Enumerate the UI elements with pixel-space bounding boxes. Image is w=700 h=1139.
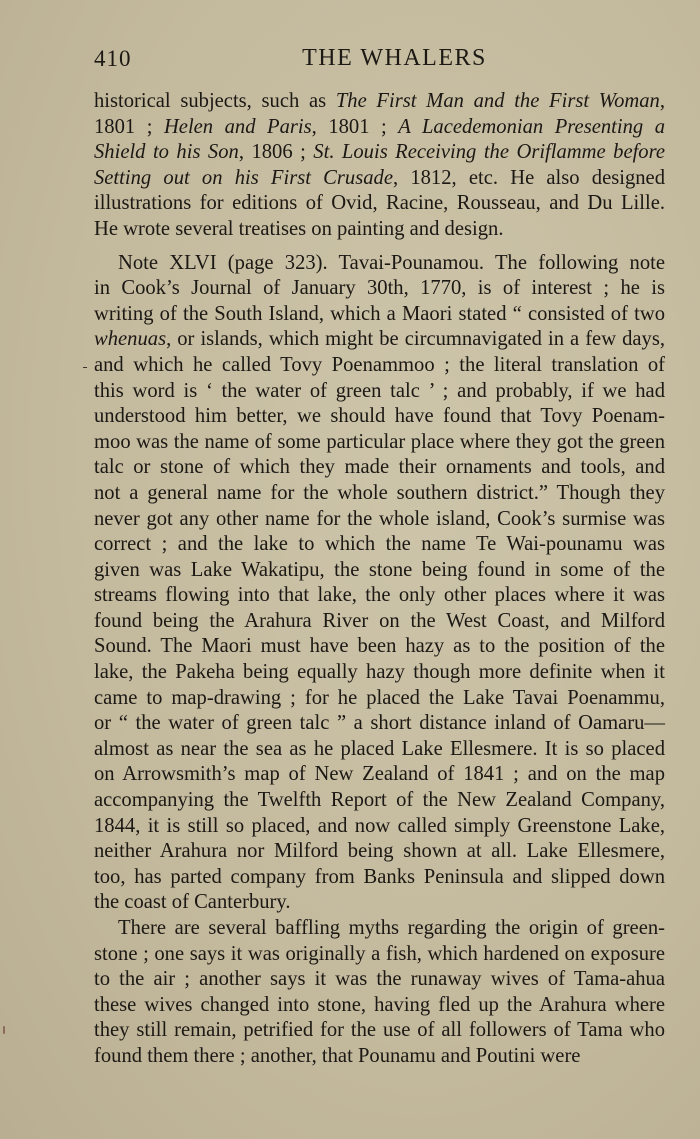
text-line: neither Arahura nor Milford being shown … <box>94 839 665 865</box>
text-run: found them there ; another, that Pounamu… <box>94 1045 580 1067</box>
text-line: or “ the water of green talc ” a short d… <box>94 711 665 737</box>
text-line: these wives changed into stone, having f… <box>94 993 665 1019</box>
text-run: 1844, it is still so placed, and now cal… <box>94 815 665 837</box>
text-run: moo was the name of some particular plac… <box>94 431 665 453</box>
italic-title: The First Man and the First Woman <box>336 90 660 112</box>
text-run: almost as near the sea as he placed Lake… <box>94 738 665 760</box>
text-line: There are several baffling myths regardi… <box>94 916 665 942</box>
text-line: accompanying the Twelfth Report of the N… <box>94 788 665 814</box>
text-run: Note XLVI (page 323). Tavai-Pounamou. Th… <box>118 252 665 274</box>
italic-title: St. Louis Receiving the Oriflamme before <box>313 141 665 163</box>
text-run: writing of the South Island, which a Mao… <box>94 303 665 325</box>
text-run: understood him better, we should have fo… <box>94 405 665 427</box>
text-run: stone ; one says it was originally a fis… <box>94 943 665 965</box>
text-line: on Arrowsmith’s map of New Zealand of 18… <box>94 762 665 788</box>
text-line: they still remain, petrified for the use… <box>94 1018 665 1044</box>
text-run: the coast of Canterbury. <box>94 891 291 913</box>
text-line: talc or stone of which they made their o… <box>94 455 665 481</box>
italic-title: Helen and Paris <box>164 116 312 138</box>
page-header: 410 THE WHALERS <box>94 42 665 82</box>
text-run: streams flowing into that lake, the only… <box>94 584 665 606</box>
text-line: given was Lake Wakatipu, the stone being… <box>94 558 665 584</box>
text-run: , 1806 ; <box>239 141 313 163</box>
text-run: given was Lake Wakatipu, the stone being… <box>94 559 665 581</box>
text-line: in Cook’s Journal of January 30th, 1770,… <box>94 276 665 302</box>
text-line: lake, the Pakeha being equally hazy thou… <box>94 660 665 686</box>
text-run: too, has parted company from Banks Penin… <box>94 866 665 888</box>
text-run: , or islands, which might be circumnavig… <box>166 328 665 350</box>
text-line: Sound. The Maori must have been hazy as … <box>94 634 665 660</box>
text-line: illustrations for editions of Ovid, Raci… <box>94 191 665 217</box>
text-line: Note XLVI (page 323). Tavai-Pounamou. Th… <box>94 251 665 277</box>
text-line: writing of the South Island, which a Mao… <box>94 302 665 328</box>
text-run: came to map-drawing ; for he placed the … <box>94 687 665 709</box>
text-run: He wrote several treatises on painting a… <box>94 218 503 240</box>
text-run: , <box>660 90 665 112</box>
text-line: Setting out on his First Crusade, 1812, … <box>94 166 665 192</box>
text-run: found being the Arahura River on the Wes… <box>94 610 665 632</box>
margin-ink-spot <box>3 1026 5 1034</box>
text-line: almost as near the sea as he placed Lake… <box>94 737 665 763</box>
margin-mark-dash <box>83 367 87 368</box>
text-line: and which he called Tovy Poenammoo ; the… <box>94 353 665 379</box>
italic-title: whenuas <box>94 328 166 350</box>
text-line: 1844, it is still so placed, and now cal… <box>94 814 665 840</box>
text-run: , 1801 ; <box>312 116 399 138</box>
paragraph-p1: historical subjects, such as The First M… <box>94 89 665 243</box>
text-run: never got any other name for the whole i… <box>94 508 665 530</box>
text-line: whenuas, or islands, which might be circ… <box>94 327 665 353</box>
text-run: , 1812, etc. He also designed <box>393 167 665 189</box>
text-line: moo was the name of some particular plac… <box>94 430 665 456</box>
text-run: on Arrowsmith’s map of New Zealand of 18… <box>94 763 665 785</box>
text-run: neither Arahura nor Milford being shown … <box>94 840 665 862</box>
book-page: 410 THE WHALERS historical subjects, suc… <box>94 42 665 1070</box>
paragraph-p2: Note XLVI (page 323). Tavai-Pounamou. Th… <box>94 251 665 916</box>
text-line: He wrote several treatises on painting a… <box>94 217 665 243</box>
text-run: correct ; and the lake to which the name… <box>94 533 665 555</box>
text-run: this word is ‘ the water of green talc ’… <box>94 380 665 402</box>
text-line: stone ; one says it was originally a fis… <box>94 942 665 968</box>
text-line: Shield to his Son, 1806 ; St. Louis Rece… <box>94 140 665 166</box>
italic-title: Shield to his Son <box>94 141 239 163</box>
italic-title: A Lacedemonian Presenting a <box>398 116 665 138</box>
text-line: found being the Arahura River on the Wes… <box>94 609 665 635</box>
text-line: 1801 ; Helen and Paris, 1801 ; A Lacedem… <box>94 115 665 141</box>
text-run: historical subjects, such as <box>94 90 336 112</box>
text-run: talc or stone of which they made their o… <box>94 456 665 478</box>
text-line: never got any other name for the whole i… <box>94 507 665 533</box>
text-run: these wives changed into stone, having f… <box>94 994 665 1016</box>
text-line: too, has parted company from Banks Penin… <box>94 865 665 891</box>
text-run: 1801 ; <box>94 116 164 138</box>
text-line: found them there ; another, that Pounamu… <box>94 1044 665 1070</box>
text-line: this word is ‘ the water of green talc ’… <box>94 379 665 405</box>
text-run: not a general name for the whole souther… <box>94 482 665 504</box>
text-line: to the air ; another says it was the run… <box>94 967 665 993</box>
text-line: correct ; and the lake to which the name… <box>94 532 665 558</box>
text-line: came to map-drawing ; for he placed the … <box>94 686 665 712</box>
text-run: and which he called Tovy Poenammoo ; the… <box>94 354 665 376</box>
paragraph-p3: There are several baffling myths regardi… <box>94 916 665 1070</box>
running-head: THE WHALERS <box>94 45 665 72</box>
text-run: illustrations for editions of Ovid, Raci… <box>94 192 665 214</box>
text-line: not a general name for the whole souther… <box>94 481 665 507</box>
text-line: the coast of Canterbury. <box>94 890 665 916</box>
text-run: accompanying the Twelfth Report of the N… <box>94 789 665 811</box>
text-run: lake, the Pakeha being equally hazy thou… <box>94 661 665 683</box>
text-line: historical subjects, such as The First M… <box>94 89 665 115</box>
text-run: Sound. The Maori must have been hazy as … <box>94 635 665 657</box>
text-run: to the air ; another says it was the run… <box>94 968 665 990</box>
text-line: streams flowing into that lake, the only… <box>94 583 665 609</box>
text-run: There are several baffling myths regardi… <box>118 917 665 939</box>
text-line: understood him better, we should have fo… <box>94 404 665 430</box>
italic-title: Setting out on his First Crusade <box>94 167 393 189</box>
body-text: historical subjects, such as The First M… <box>94 89 665 1070</box>
text-run: or “ the water of green talc ” a short d… <box>94 712 665 734</box>
text-run: in Cook’s Journal of January 30th, 1770,… <box>94 277 665 299</box>
text-run: they still remain, petrified for the use… <box>94 1019 665 1041</box>
